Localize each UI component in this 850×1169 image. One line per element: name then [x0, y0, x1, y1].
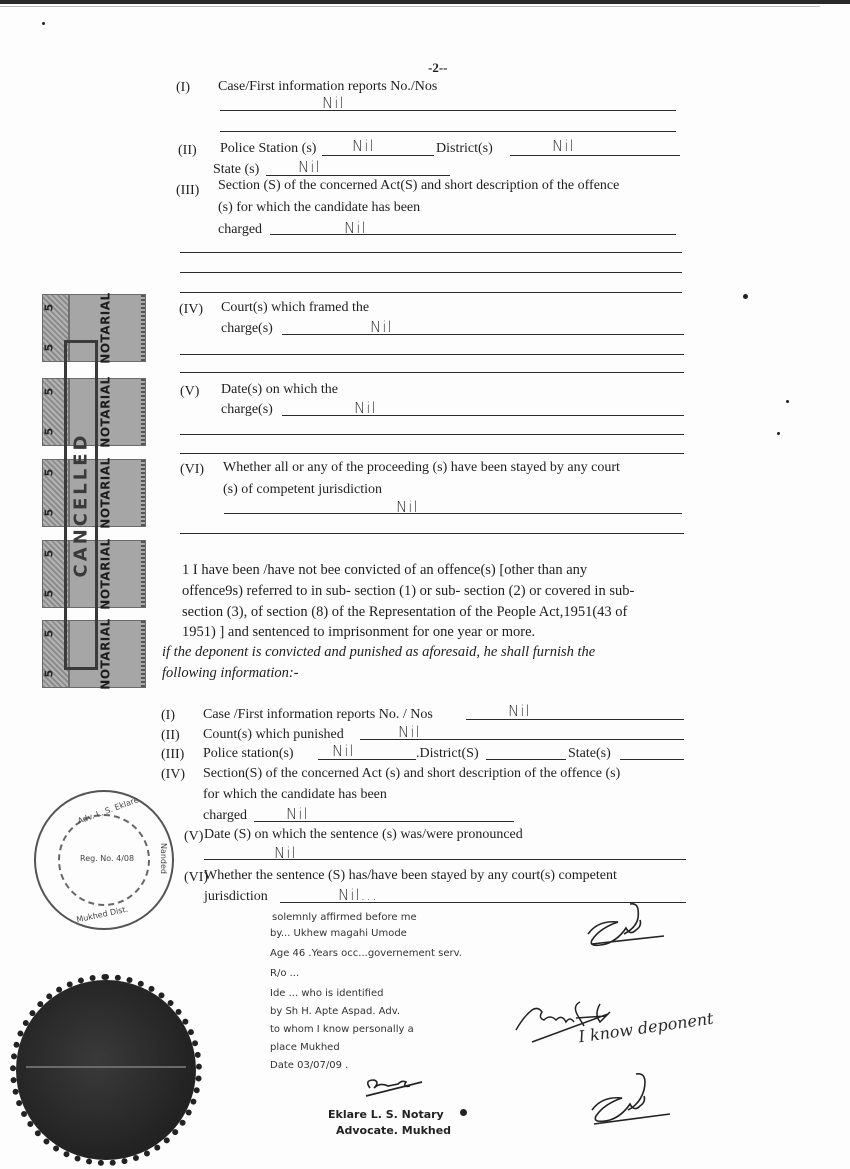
- field-label: Police station(s): [203, 746, 294, 762]
- item-number: (V): [184, 829, 203, 845]
- blank-line: [620, 759, 684, 760]
- blank-line: [224, 513, 682, 514]
- item-number: (III): [161, 747, 184, 763]
- blank-line: [180, 354, 684, 355]
- field-label: charged: [218, 222, 262, 238]
- notary-line: Date 03/07/09 .: [270, 1060, 348, 1071]
- item-number: (VI): [180, 462, 204, 478]
- seal-right-text: Nanded: [159, 843, 168, 874]
- notary-line: by... Ukhew magahi Umode: [270, 928, 407, 939]
- blank-line: [322, 155, 434, 156]
- field-label: District(s): [436, 141, 493, 157]
- field-value-stayed[interactable]: Nil: [396, 498, 419, 516]
- field-label: Case /First information reports No. / No…: [203, 707, 433, 723]
- stamp-label: NOTARIAL: [98, 376, 112, 447]
- signature-top: [582, 900, 672, 956]
- scan-speck: [743, 294, 748, 299]
- item-number: (V): [180, 384, 199, 400]
- field-label: jurisdiction: [204, 889, 268, 905]
- field-label: State(s): [568, 746, 611, 762]
- scan-speck: [786, 400, 789, 403]
- blank-line: [510, 155, 680, 156]
- field-value-date-charge[interactable]: Nil: [354, 399, 377, 417]
- notary-line: Age 46 .Years occ...governement serv.: [270, 948, 462, 959]
- blank-line: [282, 415, 684, 416]
- blank-line: [486, 759, 566, 760]
- scan-speck: [777, 432, 780, 435]
- field-value-section-charged-b[interactable]: Nil: [286, 805, 309, 823]
- field-value-fir-b[interactable]: Nil: [508, 702, 531, 720]
- field-value-sentence-date[interactable]: Nil: [274, 844, 297, 862]
- field-label: charge(s): [221, 402, 273, 418]
- blank-line: [282, 334, 684, 335]
- field-label: .District(S): [416, 746, 479, 762]
- field-label: Section(S) of the concerned Act (s) and …: [203, 766, 620, 782]
- field-label: Police Station (s): [220, 141, 316, 157]
- notary-rubber-seal: Adv. L. S. Eklare Nanded Mukhed Dist. Re…: [34, 790, 174, 930]
- field-value-court-framed[interactable]: Nil: [370, 318, 393, 336]
- field-value-police-station-b[interactable]: Nil: [332, 742, 355, 760]
- scan-top-line: [0, 6, 820, 7]
- seal-center-text: Reg. No. 4/08: [80, 854, 134, 863]
- instruction-line: if the deponent is convicted and punishe…: [162, 644, 595, 660]
- notary-stamp-mark: [460, 1109, 467, 1116]
- field-label: Count(s) which punished: [203, 727, 344, 743]
- stamp-label: NOTARIAL: [98, 538, 112, 609]
- blank-line: [180, 292, 682, 293]
- blank-line: [180, 434, 684, 435]
- embossed-notary-seal: [16, 980, 196, 1160]
- page-number: -2--: [428, 60, 448, 76]
- field-label: Court(s) which framed the: [221, 300, 369, 316]
- notary-line: solemnly affirmed before me: [272, 912, 417, 923]
- field-label: (s) of competent jurisdiction: [223, 482, 382, 498]
- blank-line: [180, 453, 684, 454]
- field-value-section-charged[interactable]: Nil: [344, 219, 367, 237]
- field-label: State (s): [213, 162, 259, 178]
- blank-line: [220, 110, 676, 111]
- field-label: (s) for which the candidate has been: [218, 200, 420, 216]
- item-number: (II): [178, 143, 197, 159]
- seal-bottom-text: Mukhed Dist.: [76, 905, 129, 925]
- blank-line: [180, 372, 684, 373]
- declaration-line: 1951) ] and sentenced to imprisonment fo…: [182, 624, 535, 640]
- field-label: charged: [203, 808, 247, 824]
- notary-line: Ide ... who is identified: [270, 988, 383, 999]
- signature-bottom: [586, 1070, 676, 1132]
- field-label: Whether the sentence (S) has/have been s…: [204, 868, 617, 884]
- notary-line: to whom I know personally a: [270, 1024, 414, 1035]
- field-label: for which the candidate has been: [203, 787, 387, 803]
- item-number: (I): [161, 708, 175, 724]
- declaration-line: 1 I have been /have not bee convicted of…: [182, 562, 587, 578]
- item-number: (III): [176, 183, 199, 199]
- field-value-sentence-stayed[interactable]: Nil...: [338, 886, 378, 904]
- field-label: charge(s): [221, 321, 273, 337]
- field-value-court-punished[interactable]: Nil: [398, 723, 421, 741]
- blank-line: [180, 252, 682, 253]
- item-number: (I): [176, 80, 190, 96]
- stamp-label: NOTARIAL: [98, 292, 112, 363]
- notary-line: by Sh H. Apte Aspad. Adv.: [270, 1006, 400, 1017]
- field-label: Section (S) of the concerned Act(S) and …: [218, 178, 619, 194]
- instruction-line: following information:-: [162, 665, 299, 681]
- blank-line: [266, 175, 450, 176]
- blank-line: [270, 234, 676, 235]
- declaration-line: section (3), of section (8) of the Repre…: [182, 604, 627, 620]
- scan-top-edge: [0, 0, 850, 4]
- notary-initials-signature: [362, 1074, 432, 1100]
- field-value-state[interactable]: Nil: [298, 158, 321, 176]
- field-label: Whether all or any of the proceeding (s)…: [223, 460, 620, 476]
- blank-line: [220, 131, 676, 132]
- scan-speck: [42, 22, 45, 25]
- blank-line: [466, 719, 684, 720]
- field-label: Date(s) on which the: [221, 382, 338, 398]
- notary-line: place Mukhed: [270, 1042, 340, 1053]
- item-number: (II): [161, 728, 180, 744]
- field-value-district[interactable]: Nil: [552, 137, 575, 155]
- stamp-label: NOTARIAL: [98, 618, 112, 689]
- declaration-line: offence9s) referred to in sub- section (…: [182, 583, 634, 599]
- field-label: Date (S) on which the sentence (s) was/w…: [204, 827, 523, 843]
- notary-name: Eklare L. S. Notary: [328, 1108, 444, 1121]
- field-value-police-station[interactable]: Nil: [352, 137, 375, 155]
- blank-line: [180, 272, 682, 273]
- cancelled-text: CANCELLED: [71, 433, 92, 578]
- cancelled-overprint: CANCELLED: [64, 340, 98, 670]
- item-number: (IV): [161, 767, 185, 783]
- notary-title: Advocate. Mukhed: [336, 1124, 451, 1137]
- stamp-label: NOTARIAL: [98, 457, 112, 528]
- field-value-fir[interactable]: Nil: [322, 94, 345, 112]
- item-number: (IV): [179, 302, 203, 318]
- notary-line: R/o ...: [270, 968, 299, 979]
- blank-line: [180, 533, 684, 534]
- field-label: Case/First information reports No./Nos: [218, 79, 437, 95]
